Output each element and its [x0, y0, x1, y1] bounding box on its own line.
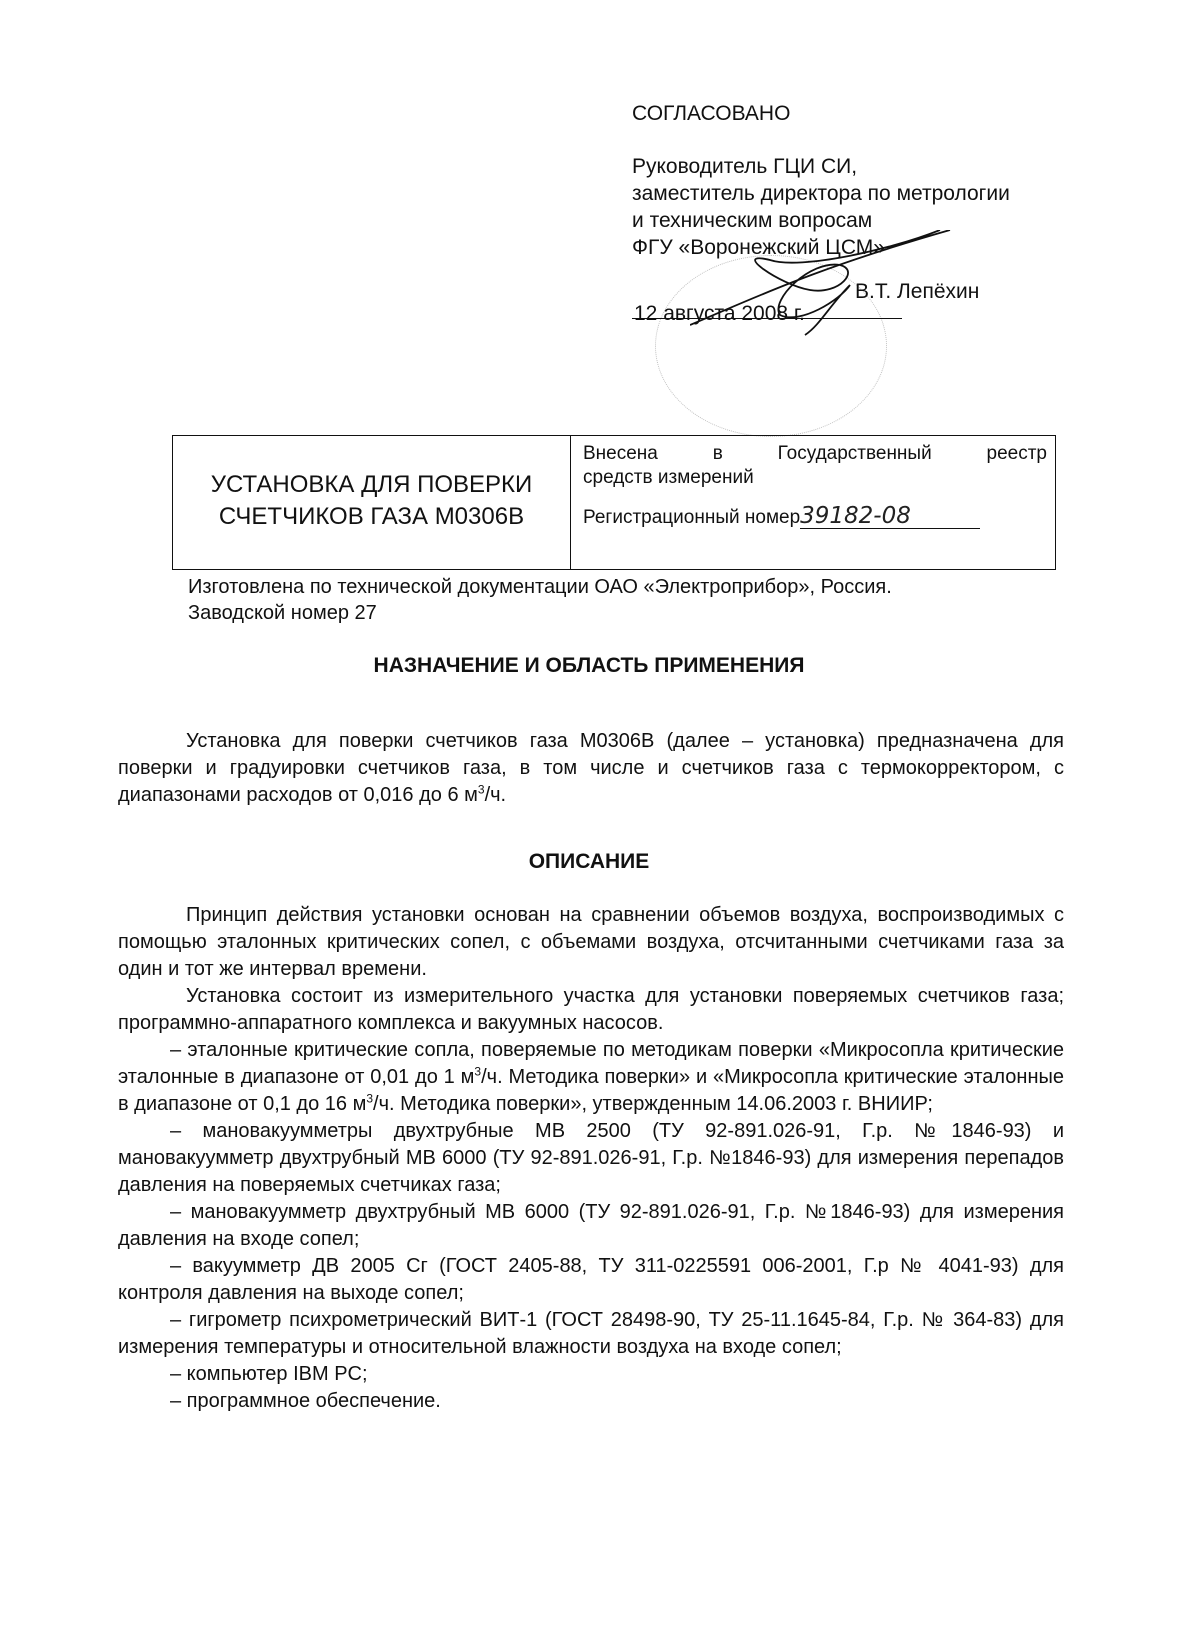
paragraph: Установка состоит из измерительного учас… [118, 983, 1064, 1037]
purpose-text: Установка для поверки счетчиков газа М03… [118, 730, 1064, 806]
manufacturer-line: Изготовлена по технической документации … [188, 574, 1134, 600]
list-item: – мановакуумметры двухтрубные МВ 2500 (Т… [118, 1118, 1064, 1199]
product-name: УСТАНОВКА ДЛЯ ПОВЕРКИ [174, 469, 569, 501]
purpose-paragraph: Установка для поверки счетчиков газа М03… [118, 728, 1064, 809]
section-title: ОПИСАНИЕ [0, 850, 1178, 874]
superscript: 3 [478, 782, 485, 796]
list-item: – компьютер IBM PC; [118, 1361, 1064, 1388]
registry-cell: Внесена в Государственный реестр средств… [571, 436, 1056, 570]
list-item: – эталонные критические сопла, поверяемы… [118, 1037, 1064, 1118]
list-item: – программное обеспечение. [118, 1388, 1064, 1415]
list-item: – вакуумметр ДВ 2005 Сг (ГОСТ 2405-88, Т… [118, 1253, 1064, 1307]
reg-number: 39182-08 [800, 504, 980, 529]
approval-line: заместитель директора по метрологии [632, 180, 1010, 207]
approval-line: Руководитель ГЦИ СИ, [632, 153, 1010, 180]
list-item-text: /ч. Методика поверки», утвержденным 14.0… [373, 1093, 933, 1115]
serial-number: Заводской номер 27 [188, 600, 1134, 626]
unit-text: /ч. [485, 784, 507, 806]
header-box: УСТАНОВКА ДЛЯ ПОВЕРКИ СЧЕТЧИКОВ ГАЗА М03… [172, 435, 1056, 570]
manufacturer-info: Изготовлена по технической документации … [188, 574, 1134, 626]
signatory-name: В.Т. Лепёхин [855, 280, 979, 304]
section-title: НАЗНАЧЕНИЕ И ОБЛАСТЬ ПРИМЕНЕНИЯ [0, 654, 1178, 678]
list-item: – мановакуумметр двухтрубный МВ 6000 (ТУ… [118, 1199, 1064, 1253]
paragraph: Принцип действия установки основан на ср… [118, 902, 1064, 983]
description-body: Принцип действия установки основан на ср… [118, 902, 1064, 1415]
reg-label: Регистрационный номер [583, 507, 800, 528]
product-name: СЧЕТЧИКОВ ГАЗА М0306В [174, 501, 569, 533]
registry-text: Внесена в Государственный реестр [583, 442, 1047, 466]
product-name-cell: УСТАНОВКА ДЛЯ ПОВЕРКИ СЧЕТЧИКОВ ГАЗА М03… [173, 436, 571, 570]
approval-title: СОГЛАСОВАНО [632, 100, 1010, 127]
registry-text: средств измерений [583, 466, 1047, 490]
list-item: – гигрометр психрометрический ВИТ-1 (ГОС… [118, 1307, 1064, 1361]
approval-date: 12 августа 2008 г. [634, 302, 805, 326]
